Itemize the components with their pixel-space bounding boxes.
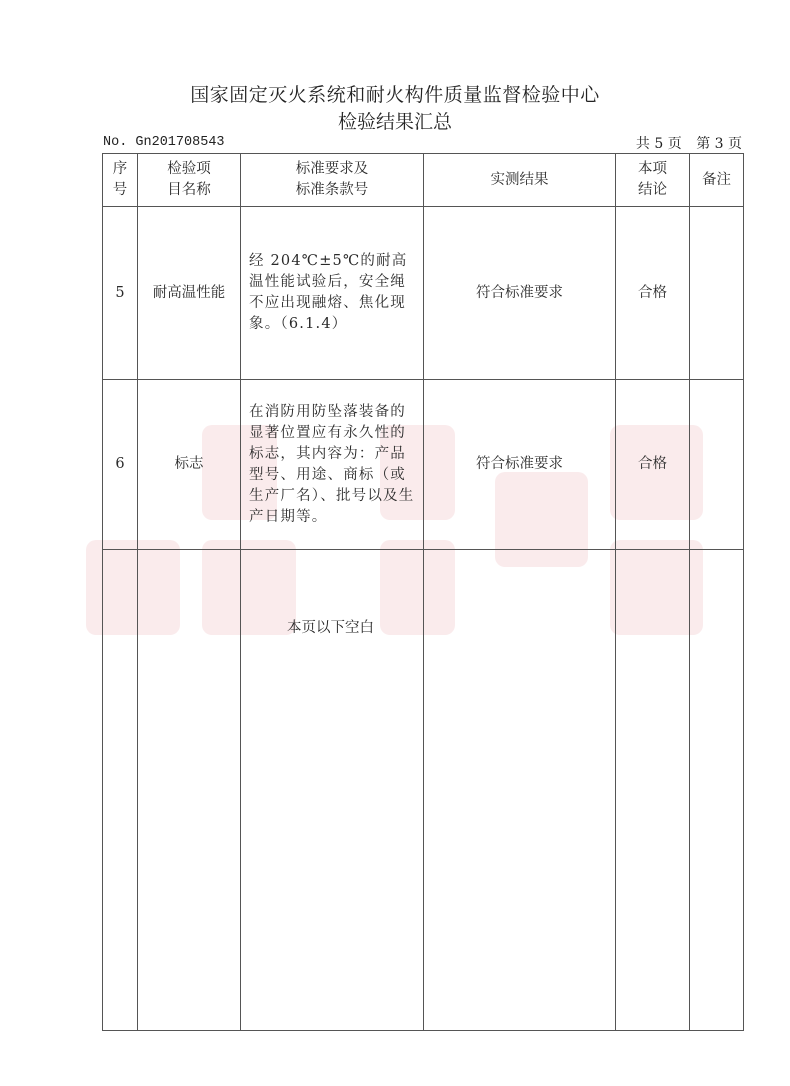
header-item: 检验项目名称 [138, 154, 241, 207]
cell-item: 耐高温性能 [138, 207, 241, 380]
current-page: 第 3 页 [696, 136, 742, 152]
cell-no: 6 [103, 380, 138, 550]
cell-no: 5 [103, 207, 138, 380]
cell-result: 符合标准要求 [424, 207, 616, 380]
results-table: 序号 检验项目名称 标准要求及标准条款号 实测结果 本项结论 备注 5 耐高温性… [102, 153, 744, 1031]
blank-row [103, 550, 744, 1031]
blank-below-note: 本页以下空白 [287, 616, 374, 637]
cell-remark [690, 380, 744, 550]
page-info: 共 5 页 第 3 页 [632, 133, 742, 153]
header-remark: 备注 [690, 154, 744, 207]
header-requirement: 标准要求及标准条款号 [241, 154, 424, 207]
table-row: 6 标志 在消防用防坠落装备的显著位置应有永久性的标志，其内容为：产品型号、用途… [103, 380, 744, 550]
cell-requirement: 在消防用防坠落装备的显著位置应有永久性的标志，其内容为：产品型号、用途、商标（或… [241, 380, 424, 550]
cell-requirement: 经 204℃±5℃的耐高温性能试验后，安全绳不应出现融熔、焦化现象。（6.1.4… [241, 207, 424, 380]
header-conclusion: 本项结论 [616, 154, 690, 207]
table-row: 5 耐高温性能 经 204℃±5℃的耐高温性能试验后，安全绳不应出现融熔、焦化现… [103, 207, 744, 380]
org-title: 国家固定灭火系统和耐火构件质量监督检验中心 [0, 80, 790, 107]
doc-number: No. Gn201708543 [103, 135, 225, 150]
header-result: 实测结果 [424, 154, 616, 207]
cell-remark [690, 207, 744, 380]
cell-item: 标志 [138, 380, 241, 550]
cell-conclusion: 合格 [616, 380, 690, 550]
cell-result: 符合标准要求 [424, 380, 616, 550]
table-header-row: 序号 检验项目名称 标准要求及标准条款号 实测结果 本项结论 备注 [103, 154, 744, 207]
total-pages: 共 5 页 [636, 136, 682, 152]
header-no: 序号 [103, 154, 138, 207]
cell-conclusion: 合格 [616, 207, 690, 380]
doc-title: 检验结果汇总 [0, 107, 790, 134]
